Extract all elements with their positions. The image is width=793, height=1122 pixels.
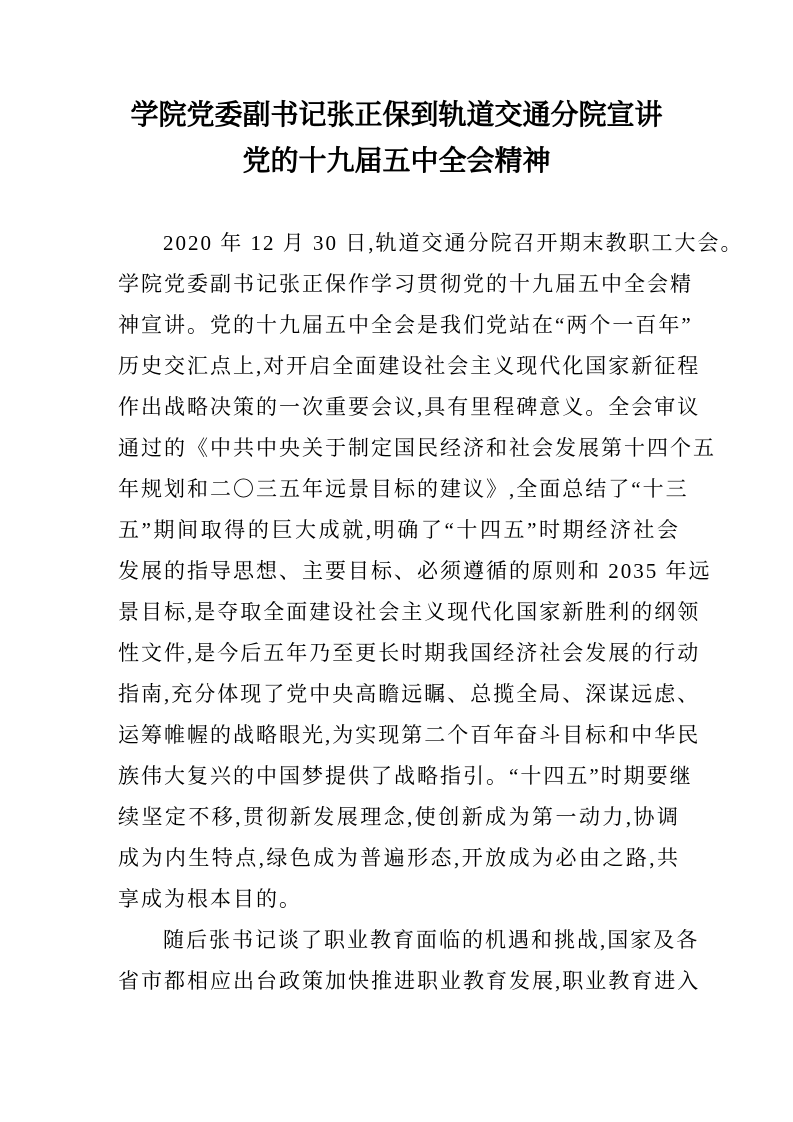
body-line: 省市都相应出台政策加快推进职业教育发展,职业教育进入 — [118, 961, 680, 1002]
body-line: 作出战略决策的一次重要会议,具有里程碑意义。全会审议 — [118, 387, 680, 428]
body-line: 成为内生特点,绿色成为普遍形态,开放成为必由之路,共 — [118, 838, 680, 879]
document-body: 2020 年 12 月 30 日,轨道交通分院召开期末教职工大会。 学院党委副书… — [0, 223, 793, 1002]
body-line: 运筹帷幄的战略眼光,为实现第二个百年奋斗目标和中华民 — [118, 715, 680, 756]
document-page: 学院党委副书记张正保到轨道交通分院宣讲 党的十九届五中全会精神 2020 年 1… — [0, 0, 793, 1122]
body-line: 续坚定不移,贯彻新发展理念,使创新成为第一动力,协调 — [118, 797, 680, 838]
body-line: 五”期间取得的巨大成就,明确了“十四五”时期经济社会 — [118, 510, 680, 551]
body-line: 发展的指导思想、主要目标、必须遵循的原则和 2035 年远 — [118, 551, 680, 592]
body-line: 年规划和二〇三五年远景目标的建议》,全面总结了“十三 — [118, 469, 680, 510]
body-line: 历史交汇点上,对开启全面建设社会主义现代化国家新征程 — [118, 346, 680, 387]
body-line: 景目标,是夺取全面建设社会主义现代化国家新胜利的纲领 — [118, 592, 680, 633]
body-line: 性文件,是今后五年乃至更长时期我国经济社会发展的行动 — [118, 633, 680, 674]
body-line: 2020 年 12 月 30 日,轨道交通分院召开期末教职工大会。 — [118, 223, 680, 264]
body-line: 学院党委副书记张正保作学习贯彻党的十九届五中全会精 — [118, 264, 680, 305]
title-line-2: 党的十九届五中全会精神 — [60, 138, 733, 184]
body-line: 享成为根本目的。 — [118, 879, 680, 920]
title-line-1: 学院党委副书记张正保到轨道交通分院宣讲 — [60, 92, 733, 138]
body-line: 神宣讲。党的十九届五中全会是我们党站在“两个一百年” — [118, 305, 680, 346]
document-title: 学院党委副书记张正保到轨道交通分院宣讲 党的十九届五中全会精神 — [0, 92, 793, 184]
body-line: 族伟大复兴的中国梦提供了战略指引。“十四五”时期要继 — [118, 756, 680, 797]
body-line: 通过的《中共中央关于制定国民经济和社会发展第十四个五 — [118, 428, 680, 469]
body-line: 随后张书记谈了职业教育面临的机遇和挑战,国家及各 — [118, 920, 680, 961]
body-line: 指南,充分体现了党中央高瞻远瞩、总揽全局、深谋远虑、 — [118, 674, 680, 715]
